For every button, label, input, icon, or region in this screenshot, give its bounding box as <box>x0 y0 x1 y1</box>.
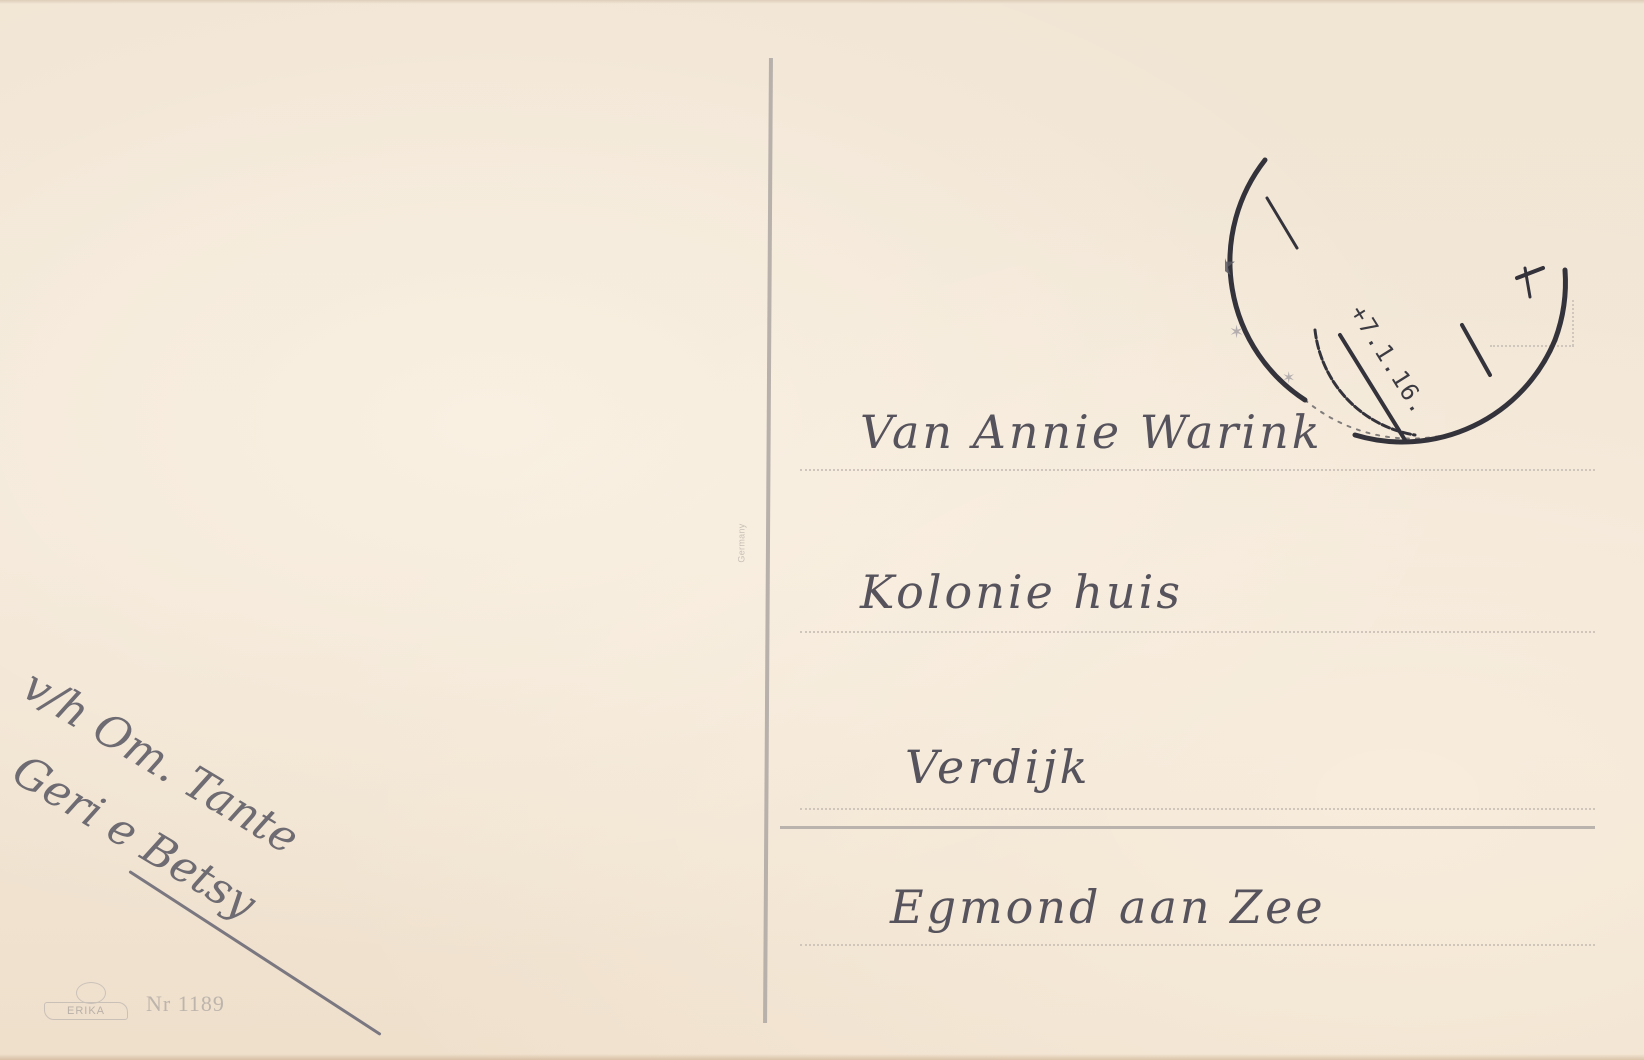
catalog-number: Nr 1189 <box>146 991 225 1017</box>
svg-text:★: ★ <box>1225 248 1237 283</box>
erika-logo-icon: ERIKA <box>40 978 132 1030</box>
paper-edge-top <box>0 0 1644 4</box>
flower-icon <box>76 982 106 1004</box>
publisher-imprint: ERIKA Nr 1189 <box>40 978 225 1030</box>
postcard-back: Germany ★ ✶ ✶ +7.1.1 <box>0 0 1644 1060</box>
address-line-city: Egmond aan Zee <box>890 880 1326 934</box>
center-divider-line <box>763 58 773 1023</box>
address-dotted-line-2 <box>800 631 1595 633</box>
svg-text:✶: ✶ <box>1229 322 1244 343</box>
address-dotted-line-1 <box>800 469 1595 471</box>
address-line-building: Kolonie huis <box>860 565 1183 619</box>
paper-edge-bottom <box>0 1054 1644 1060</box>
handwritten-greeting: v/h Om. Tante Geri e Betsy <box>30 650 490 970</box>
address-line-sender: Van Annie Warink <box>860 405 1323 459</box>
svg-text:✶: ✶ <box>1282 368 1295 387</box>
address-dotted-line-3 <box>800 808 1595 810</box>
address-solid-rule <box>780 826 1595 829</box>
address-line-street: Verdijk <box>905 740 1091 794</box>
erika-ribbon-label: ERIKA <box>44 1002 128 1020</box>
address-dotted-line-4 <box>800 944 1595 946</box>
country-imprint: Germany <box>737 523 747 562</box>
